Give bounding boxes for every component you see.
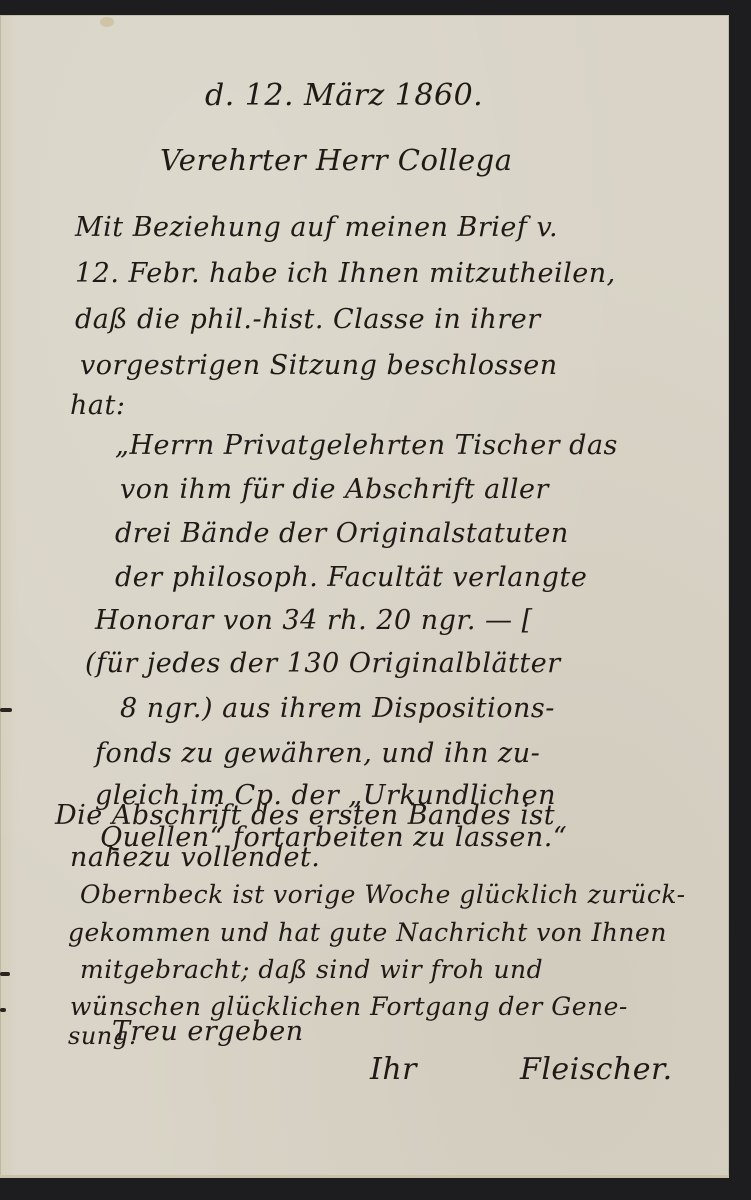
body-line: Obernbeck ist vorige Woche glücklich zur…: [80, 880, 686, 909]
quote-line: „Herrn Privatgelehrten Tischer das: [115, 430, 618, 461]
paper-bottom-edge: [0, 1175, 729, 1178]
body-line: nahezu vollendet.: [70, 842, 320, 873]
body-line: gekommen und hat gute Nachricht von Ihne…: [68, 918, 667, 947]
quote-line: (für jedes der 130 Originalblätter: [85, 648, 561, 679]
quote-line: drei Bände der Originalstatuten: [115, 518, 569, 549]
quote-line: 8 ngr.) aus ihrem Dispositions-: [120, 693, 555, 724]
body-line: mitgebracht; daß sind wir froh und: [80, 955, 543, 984]
quote-line: Honorar von 34 rh. 20 ngr. — [: [95, 605, 533, 636]
signature-name: Fleischer.: [520, 1052, 673, 1087]
body-line: 12. Febr. habe ich Ihnen mitzutheilen,: [75, 258, 616, 289]
letter-salutation: Verehrter Herr Collega: [160, 143, 513, 177]
quote-line: von ihm für die Abschrift aller: [120, 474, 549, 505]
body-line: vorgestrigen Sitzung beschlossen: [80, 350, 558, 381]
paper-stain: [100, 17, 114, 27]
body-line: Die Abschrift des ersten Bandes ist: [55, 800, 555, 831]
body-line: Mit Beziehung auf meinen Brief v.: [75, 212, 558, 243]
margin-ink-mark: [0, 972, 10, 976]
body-line: daß die phil.-hist. Classe in ihrer: [75, 304, 541, 335]
quote-line: der philosoph. Facultät verlangte: [115, 562, 587, 593]
margin-ink-mark: [0, 1008, 6, 1012]
body-line: hat:: [70, 390, 125, 421]
letter-closing: Treu ergeben: [112, 1016, 304, 1047]
margin-ink-mark: [0, 708, 12, 712]
quote-line: fonds zu gewähren, und ihn zu-: [95, 738, 540, 769]
letter-date: d. 12. März 1860.: [205, 78, 483, 113]
signature-ihr: Ihr: [370, 1052, 417, 1087]
scan-frame: d. 12. März 1860. Verehrter Herr Collega…: [0, 0, 751, 1200]
